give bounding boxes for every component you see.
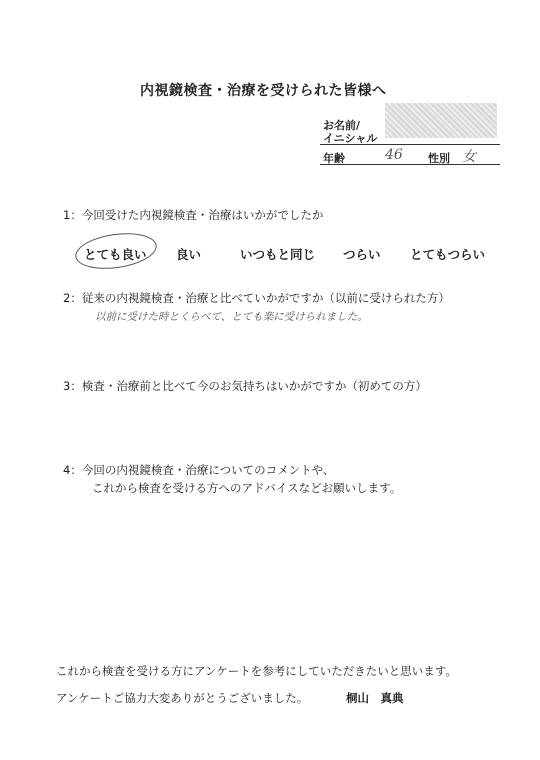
- question-3: 3：検査・治療前と比べて今のお気持ちはいかがですか（初めての方）: [63, 378, 427, 394]
- option-hard[interactable]: つらい: [343, 245, 381, 263]
- question-4-line1: 4：今回の内視鏡検査・治療についてのコメントや、: [63, 462, 334, 478]
- divider: [320, 164, 500, 165]
- option-very-good[interactable]: とても良い: [84, 245, 147, 263]
- redacted-name: [385, 103, 497, 138]
- option-good[interactable]: 良い: [176, 245, 201, 263]
- sex-value: 女: [462, 146, 476, 166]
- option-very-hard[interactable]: とてもつらい: [410, 245, 485, 263]
- option-same[interactable]: いつもと同じ: [240, 245, 315, 263]
- form-title: 内視鏡検査・治療を受けられた皆様へ: [140, 80, 387, 100]
- question-4-line2: これから検査を受ける方へのアドバイスなどお願いします。: [92, 480, 401, 496]
- question-2: 2：従来の内視鏡検査・治療と比べていかがですか（以前に受けられた方）: [63, 290, 450, 306]
- signature: 桐山 真典: [346, 690, 404, 706]
- question-1: 1：今回受けた内視鏡検査・治療はいかがでしたか: [63, 207, 323, 223]
- footer-line1: これから検査を受ける方にアンケートを参考にしていただきたいと思います。: [56, 663, 457, 679]
- age-value: 46: [385, 147, 403, 163]
- divider: [320, 144, 500, 145]
- footer-line2: アンケートご協力大変ありがとうございました。: [56, 690, 308, 706]
- answer-2: 以前に受けた時とくらべて、とても楽に受けられました。: [95, 309, 368, 324]
